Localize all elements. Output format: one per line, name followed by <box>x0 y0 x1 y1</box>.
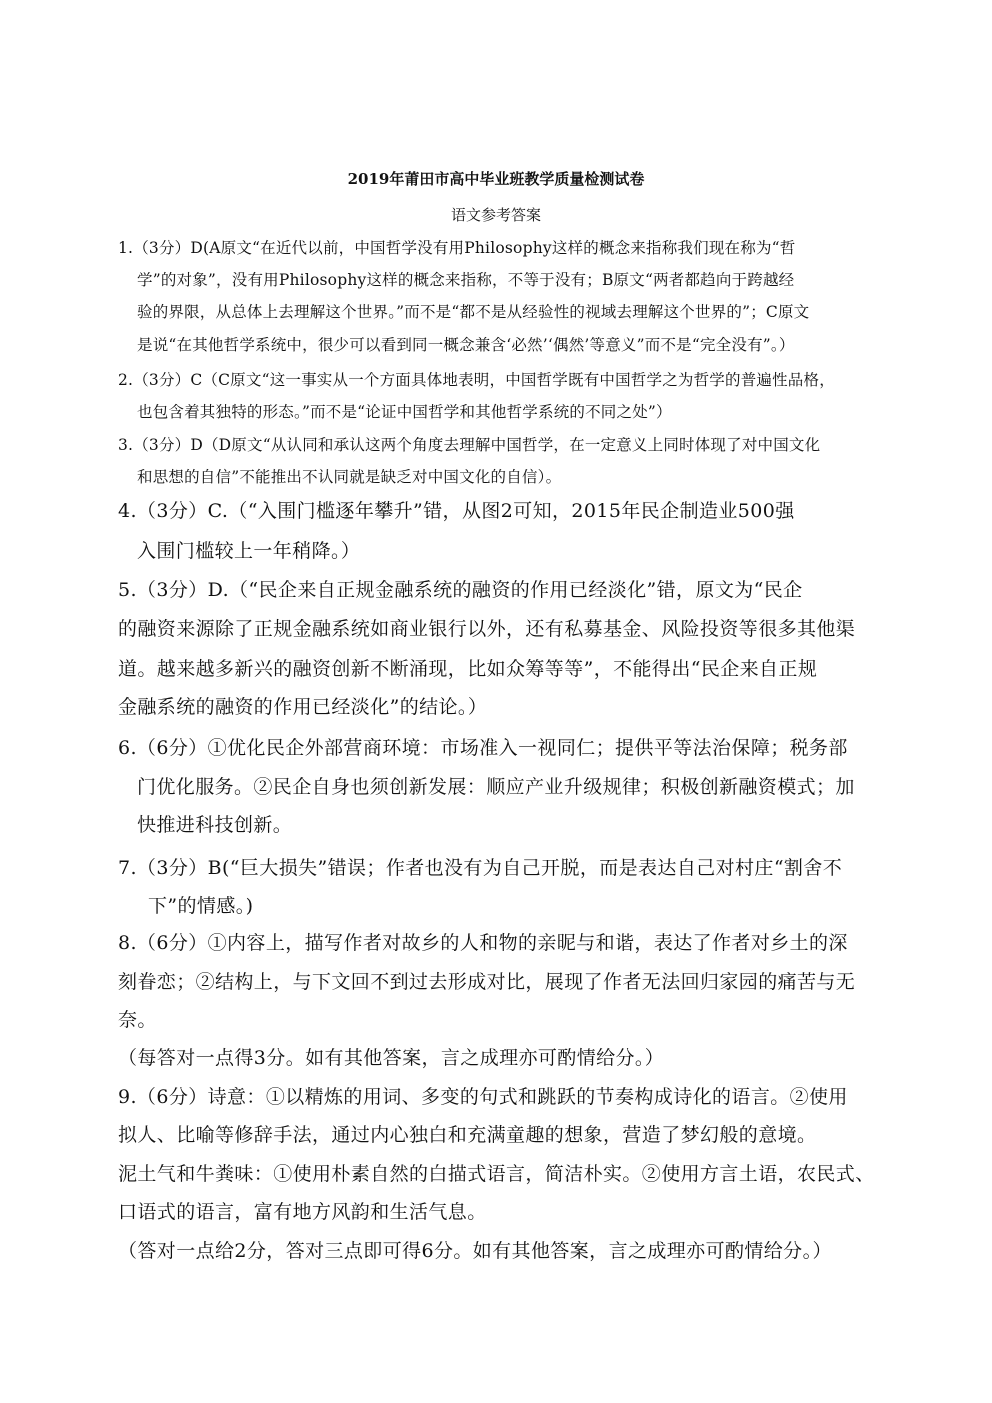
document-subtitle: 语文参考答案 <box>0 204 992 225</box>
answer-line: 刻眷恋；②结构上，与下文回不到过去形成对比，展现了作者无法回归家园的痛苦与无 <box>118 967 855 994</box>
answer-line: 和思想的自信”不能推出不认同就是缺乏对中国文化的自信）。 <box>137 465 561 487</box>
answer-line: 7.（3分）B(“巨大损失”错误；作者也没有为自己开脱，而是表达自己对村庄“割舍… <box>118 853 842 880</box>
answer-line: （答对一点给2分，答对三点即可得6分。如有其他答案，言之成理亦可酌情给分。） <box>118 1236 832 1263</box>
answer-line: 验的界限，从总体上去理解这个世界。”而不是“都不是从经验性的视域去理解这个世界的… <box>137 300 809 322</box>
answer-line: 4.（3分）C.（“入围门槛逐年攀升”错，从图2可知，2015年民企制造业500… <box>118 496 795 523</box>
answer-line: 奈。 <box>118 1005 157 1032</box>
answer-line: 2.（3分）C（C原文“这一事实从一个方面具体地表明，中国哲学既有中国哲学之为哲… <box>118 368 835 390</box>
answer-key-page: 2019年莆田市高中毕业班教学质量检测试卷 语文参考答案 1.（3分）D(A原文… <box>0 0 992 1403</box>
answer-line: 下”的情感。) <box>148 891 253 918</box>
answer-line: 金融系统的融资的作用已经淡化”的结论。） <box>118 692 487 719</box>
answer-line: 的融资来源除了正规金融系统如商业银行以外，还有私募基金、风险投资等很多其他渠 <box>118 614 855 641</box>
answer-line: 是说“在其他哲学系统中，很少可以看到同一概念兼含‘必然’‘偶然’等意义”而不是“… <box>137 333 795 355</box>
answer-line: 8.（6分）①内容上，描写作者对故乡的人和物的亲昵与和谐，表达了作者对乡土的深 <box>118 928 848 955</box>
answer-line: （每答对一点得3分。如有其他答案，言之成理亦可酌情给分。） <box>118 1043 664 1070</box>
answer-line: 口语式的语言，富有地方风韵和生活气息。 <box>118 1197 487 1224</box>
answer-line: 学”的对象”，没有用Philosophy这样的概念来指称，不等于没有；B原文“两… <box>137 268 794 290</box>
answer-line: 道。越来越多新兴的融资创新不断涌现，比如众筹等等”，不能得出“民企来自正规 <box>118 654 817 681</box>
answer-line: 3.（3分）D（D原文“从认同和承认这两个角度去理解中国哲学，在一定意义上同时体… <box>118 433 820 455</box>
answer-line: 6.（6分）①优化民企外部营商环境：市场准入一视同仁；提供平等法治保障；税务部 <box>118 733 848 760</box>
answer-line: 1.（3分）D(A原文“在近代以前，中国哲学没有用Philosophy这样的概念… <box>118 236 795 258</box>
answer-line: 入围门槛较上一年稍降。） <box>137 536 360 563</box>
answer-line: 快推进科技创新。 <box>137 810 292 837</box>
answer-line: 门优化服务。②民企自身也须创新发展：顺应产业升级规律；积极创新融资模式；加 <box>137 772 855 799</box>
document-title: 2019年莆田市高中毕业班教学质量检测试卷 <box>0 168 992 189</box>
answer-line: 5.（3分）D.（“民企来自正规金融系统的融资的作用已经淡化”错，原文为“民企 <box>118 575 803 602</box>
answer-line: 也包含着其独特的形态。”而不是“论证中国哲学和其他哲学系统的不同之处”） <box>137 400 672 422</box>
answer-line: 泥土气和牛粪味：①使用朴素自然的白描式语言，简洁朴实。②使用方言土语，农民式、 <box>118 1159 875 1186</box>
answer-line: 9.（6分）诗意：①以精炼的用词、多变的句式和跳跃的节奏构成诗化的语言。②使用 <box>118 1082 848 1109</box>
answer-line: 拟人、比喻等修辞手法，通过内心独白和充满童趣的想象，营造了梦幻般的意境。 <box>118 1120 816 1147</box>
